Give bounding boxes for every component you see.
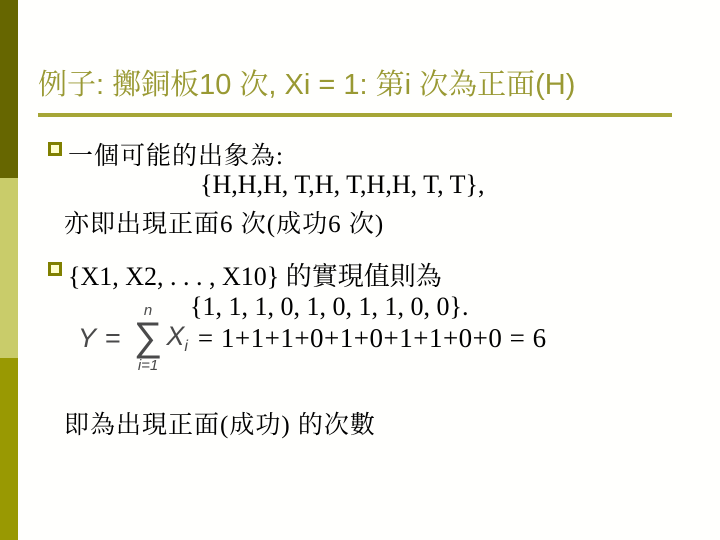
accent-bar-middle-segment bbox=[0, 178, 18, 358]
formula-term: Xi bbox=[166, 321, 188, 356]
bullet-square-icon bbox=[48, 142, 62, 156]
bullet1-continuation-text: 亦即出現正面6 次(成功6 次) bbox=[64, 204, 384, 240]
sigma-icon: ∑ bbox=[134, 319, 163, 355]
accent-bar-bottom-segment bbox=[0, 358, 18, 540]
slide-title: 例子: 擲銅板10 次, Xi = 1: 第i 次為正面(H) bbox=[38, 68, 698, 103]
sigma-lower-limit: i=1 bbox=[138, 358, 158, 373]
presentation-slide: 例子: 擲銅板10 次, Xi = 1: 第i 次為正面(H) 一個可能的出象為… bbox=[0, 0, 720, 540]
summation-formula: Y = n ∑ i=1 Xi = 1+1+1+0+1+0+1+1+0+0 = 6 bbox=[78, 300, 547, 376]
outcome-sequence-text: {H,H,H, T,H, T,H,H, T, T}, bbox=[200, 170, 484, 200]
formula-lhs-variable: Y bbox=[78, 323, 96, 354]
accent-bar-top-segment bbox=[0, 0, 18, 178]
bullet2-text: {X1, X2, . . . , X10} 的實現值則為 bbox=[68, 256, 442, 293]
left-accent-bar bbox=[0, 0, 18, 540]
title-underline-rule bbox=[38, 113, 672, 117]
formula-expansion-result: = 1+1+1+0+1+0+1+1+0+0 = 6 bbox=[198, 323, 547, 354]
formula-term-base: X bbox=[166, 321, 184, 351]
bullet1-text: 一個可能的出象為: bbox=[68, 136, 284, 172]
sigma-operator: n ∑ i=1 bbox=[134, 303, 163, 373]
formula-term-subscript: i bbox=[184, 338, 188, 355]
footer-note-text: 即為出現正面(成功) 的次數 bbox=[64, 405, 376, 441]
bullet-square-icon bbox=[48, 262, 62, 276]
formula-equals-sign: = bbox=[105, 323, 121, 354]
